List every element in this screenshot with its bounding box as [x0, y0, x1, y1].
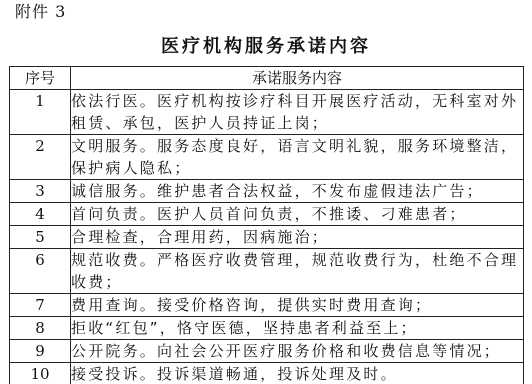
row-content: 依法行医。医疗机构按诊疗科目开展医疗活动，无科室对外租赁、承包，医护人员持证上岗…: [71, 90, 524, 135]
table-row: 10 接受投诉。投诉渠道畅通，投诉处理及时。: [10, 363, 524, 384]
row-content: 文明服务。服务态度良好，语言文明礼貌，服务环境整洁，保护病人隐私；: [71, 135, 524, 180]
table-row: 9 公开院务。向社会公开医疗服务价格和收费信息等情况；: [10, 340, 524, 363]
row-content: 首问负责。医护人员首问负责，不推诿、刁难患者；: [71, 203, 524, 226]
row-number: 8: [10, 317, 71, 340]
row-content: 费用查询。接受价格咨询，提供实时费用查询；: [71, 294, 524, 317]
table-header-row: 序号 承诺服务内容: [10, 67, 524, 90]
table-row: 3 诚信服务。维护患者合法权益，不发布虚假违法广告；: [10, 180, 524, 203]
row-number: 3: [10, 180, 71, 203]
document-title: 医疗机构服务承诺内容: [0, 35, 532, 59]
row-content: 诚信服务。维护患者合法权益，不发布虚假违法广告；: [71, 180, 524, 203]
header-number: 序号: [10, 67, 71, 90]
header-content: 承诺服务内容: [71, 67, 524, 90]
row-number: 4: [10, 203, 71, 226]
row-content: 合理检查，合理用药，因病施治；: [71, 226, 524, 249]
row-number: 10: [10, 363, 71, 384]
table-row: 2 文明服务。服务态度良好，语言文明礼貌，服务环境整洁，保护病人隐私；: [10, 135, 524, 180]
row-number: 1: [10, 90, 71, 135]
table-row: 4 首问负责。医护人员首问负责，不推诿、刁难患者；: [10, 203, 524, 226]
row-number: 6: [10, 249, 71, 294]
row-content: 拒收“红包”，恪守医德，坚持患者利益至上；: [71, 317, 524, 340]
table-row: 5 合理检查，合理用药，因病施治；: [10, 226, 524, 249]
attachment-label: 附件 3: [15, 2, 66, 22]
row-content: 接受投诉。投诉渠道畅通，投诉处理及时。: [71, 363, 524, 384]
table-row: 1 依法行医。医疗机构按诊疗科目开展医疗活动，无科室对外租赁、承包，医护人员持证…: [10, 90, 524, 135]
table-row: 8 拒收“红包”，恪守医德，坚持患者利益至上；: [10, 317, 524, 340]
row-number: 2: [10, 135, 71, 180]
row-content: 公开院务。向社会公开医疗服务价格和收费信息等情况；: [71, 340, 524, 363]
row-number: 7: [10, 294, 71, 317]
service-commitments-table: 序号 承诺服务内容 1 依法行医。医疗机构按诊疗科目开展医疗活动，无科室对外租赁…: [9, 66, 524, 384]
table-row: 7 费用查询。接受价格咨询，提供实时费用查询；: [10, 294, 524, 317]
table-row: 6 规范收费。严格医疗收费管理，规范收费行为，杜绝不合理收费；: [10, 249, 524, 294]
row-content: 规范收费。严格医疗收费管理，规范收费行为，杜绝不合理收费；: [71, 249, 524, 294]
row-number: 9: [10, 340, 71, 363]
row-number: 5: [10, 226, 71, 249]
